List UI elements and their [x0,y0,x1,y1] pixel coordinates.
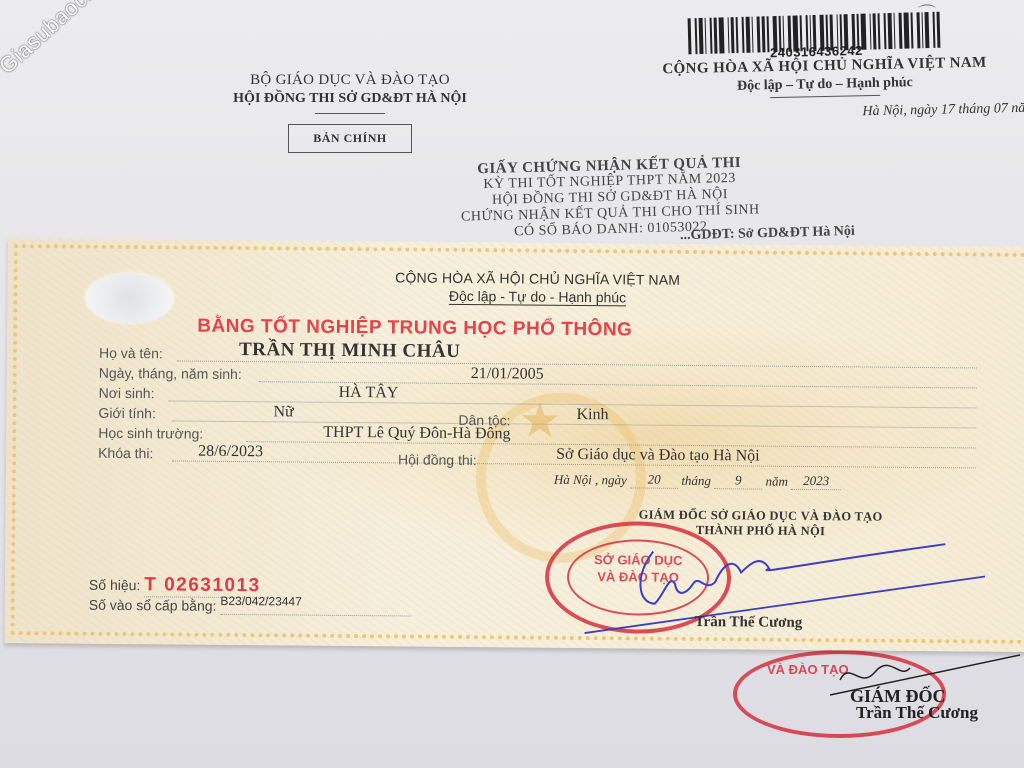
issue-place: Hà Nội [554,472,592,487]
year-label: năm [765,474,788,489]
field-value: Sở Giáo dục và Đào tạo Hà Nội [556,446,760,466]
field-value: TRẦN THỊ MINH CHÂU [239,339,461,363]
field-label: Giới tính: [98,405,156,422]
field-label: Họ và tên: [99,345,163,362]
back-right-header: CỘNG HÒA XÃ HỘI CHỦ NGHĨA VIỆT NAM Độc l… [604,53,1024,125]
back-left-header: BỘ GIÁO DỤC VÀ ĐÀO TẠO HỘI ĐỒNG THI SỞ G… [150,72,550,153]
field-value: Nữ [273,403,293,421]
republic-name: CỘNG HÒA XÃ HỘI CHỦ NGHĨA VIỆT NAM [308,269,768,289]
council-name: HỘI ĐỒNG THI SỞ GD&ĐT HÀ NỘI [150,91,550,107]
registry-number: B23/042/23447 [220,594,302,609]
back-signer-name: Trần Thế Cương [856,703,978,723]
field-value: THPT Lê Quý Đôn-Hà Đông [323,424,510,444]
back-partial-line: ...GDĐT: Sở GD&ĐT Hà Nội [680,224,855,244]
field-label: Học sinh trường: [98,425,203,442]
field-value: HÀ TÂY [339,384,399,403]
field-value: 28/6/2023 [198,443,263,462]
field-label: Hội đồng thi: [398,451,477,468]
ministry-name: BỘ GIÁO DỤC VÀ ĐÀO TẠO [150,72,550,89]
field-value: Kinh [576,406,608,424]
field-label: Nơi sinh: [99,385,155,401]
day-label: , ngày [595,472,627,487]
field-label: Khóa thi: [98,445,153,461]
serial-number: T 02631013 [144,574,261,596]
serial-label: Số hiệu: [89,577,141,593]
diploma-header: CỘNG HÒA XÃ HỘI CHỦ NGHĨA VIỆT NAM Độc l… [307,269,767,307]
place-date: Hà Nội, ngày 17 tháng 07 năm [605,100,1024,125]
diploma-title: BẰNG TỐT NGHIỆP TRUNG HỌC PHỔ THÔNG [197,316,632,342]
issue-month: 9 [714,472,762,489]
registry-number-row: Số vào sổ cấp bằng: B23/042/23447 [89,597,411,617]
issue-year: 2023 [791,473,841,490]
signer-name: Trần Thế Cương [695,614,803,632]
original-copy-box: BẢN CHÍNH [288,124,412,153]
divider [770,95,880,98]
field-label: Ngày, tháng, năm sinh: [99,365,242,382]
divider [315,113,385,114]
graduation-diploma: ★ CỘNG HÒA XÃ HỘI CHỦ NGHĨA VIỆT NAM Độc… [4,238,1024,652]
issue-day: 20 [630,471,678,488]
hologram-emblem-icon [85,273,173,324]
month-label: tháng [681,473,711,488]
issue-place-date: Hà Nội , ngày 20 tháng 9 năm 2023 [554,471,841,491]
registry-label: Số vào sổ cấp bằng: [89,597,217,614]
field-value: 21/01/2005 [471,365,544,384]
